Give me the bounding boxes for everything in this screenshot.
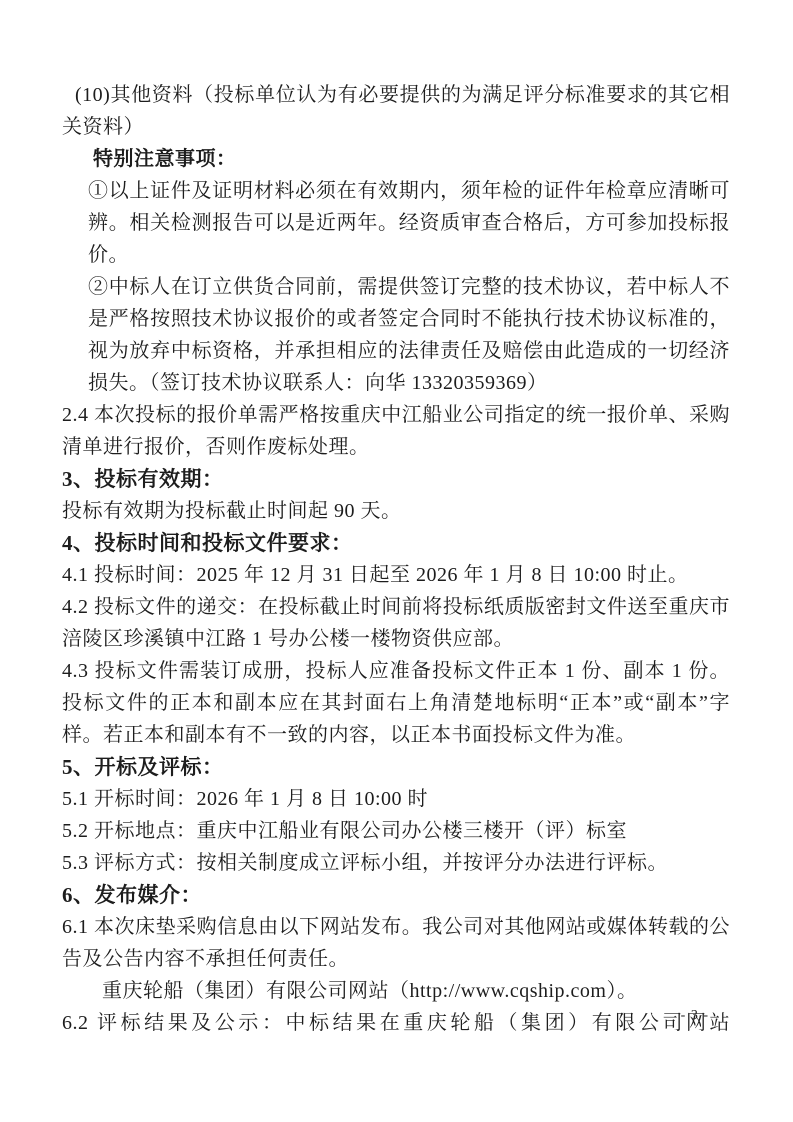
document-page: (10)其他资料（投标单位认为有必要提供的为满足评分标准要求的其它相关资料） 特… [0, 0, 793, 1122]
special-notes-heading: 特别注意事项： [93, 143, 730, 175]
page-number: - 3 - [681, 1006, 709, 1026]
paragraph-clause-3-body: 投标有效期为投标截止时间起 90 天。 [62, 495, 730, 527]
paragraph-website-line: 重庆轮船（集团）有限公司网站（http://www.cqship.com）。 [102, 975, 730, 1007]
paragraph-clause-5-2: 5.2 开标地点：重庆中江船业有限公司办公楼三楼开（评）标室 [62, 815, 730, 847]
paragraph-clause-4-2: 4.2 投标文件的递交：在投标截止时间前将投标纸质版密封文件送至重庆市涪陵区珍溪… [62, 591, 730, 655]
paragraph-clause-5-3: 5.3 评标方式：按相关制度成立评标小组，并按评分办法进行评标。 [62, 847, 730, 879]
paragraph-clause-4-1: 4.1 投标时间：2025 年 12 月 31 日起至 2026 年 1 月 8… [62, 559, 730, 591]
paragraph-note-2: ②中标人在订立供货合同前，需提供签订完整的技术协议，若中标人不是严格按照技术协议… [88, 271, 730, 399]
paragraph-item-10: (10)其他资料（投标单位认为有必要提供的为满足评分标准要求的其它相关资料） [62, 79, 730, 143]
section-heading-5: 5、开标及评标： [62, 751, 730, 783]
paragraph-clause-2-4: 2.4 本次投标的报价单需严格按重庆中江船业公司指定的统一报价单、采购清单进行报… [62, 399, 730, 463]
section-heading-3: 3、投标有效期： [62, 463, 730, 495]
paragraph-clause-6-2: 6.2 评标结果及公示：中标结果在重庆轮船（集团）有限公司网站 [62, 1007, 730, 1039]
paragraph-note-1: ①以上证件及证明材料必须在有效期内，须年检的证件年检章应清晰可辨。相关检测报告可… [88, 175, 730, 271]
paragraph-clause-6-1: 6.1 本次床垫采购信息由以下网站发布。我公司对其他网站或媒体转载的公告及公告内… [62, 911, 730, 975]
paragraph-clause-4-3: 4.3 投标文件需装订成册，投标人应准备投标文件正本 1 份、副本 1 份。投标… [62, 655, 730, 751]
paragraph-clause-5-1: 5.1 开标时间：2026 年 1 月 8 日 10:00 时 [62, 783, 730, 815]
section-heading-6: 6、发布媒介： [62, 879, 730, 911]
section-heading-4: 4、投标时间和投标文件要求： [62, 527, 730, 559]
